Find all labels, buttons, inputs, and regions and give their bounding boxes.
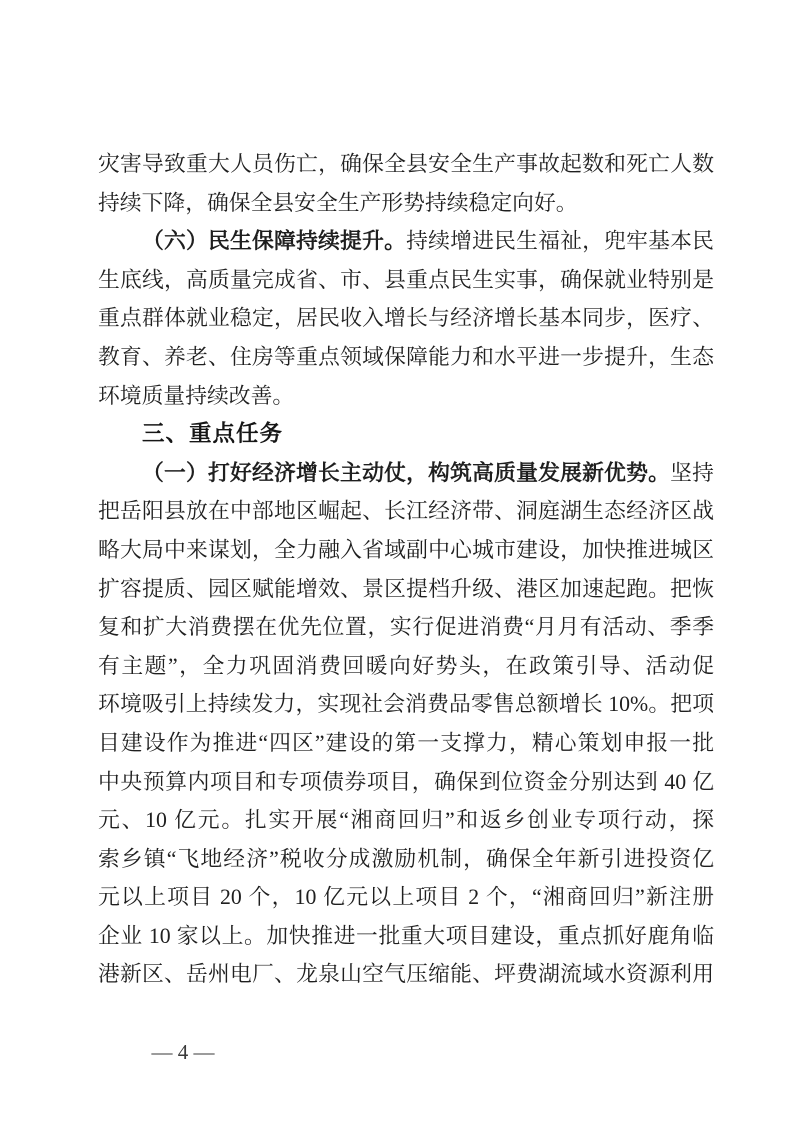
text-line: 教育、养老、住房等重点领域保障能力和水平进一步提升，生态 [98, 338, 714, 377]
text-segment: 有主题”，全力巩固消费回暖向好势头，在政策引导、活动促进、 [98, 654, 714, 686]
text-segment: 目建设作为推进“四区”建设的第一支撑力，精心策划申报一批 [98, 731, 714, 755]
section-heading: 三、重点任务 [98, 415, 714, 454]
text-segment: （六）民生保障持续提升。 [142, 229, 406, 253]
text-segment: 坚持 [670, 461, 714, 485]
text-line: 元以上项目 20 个，10 亿元以上项目 2 个，“湘商回归”新注册 [98, 878, 714, 917]
text-line: 重点群体就业稳定，居民收入增长与经济增长基本同步，医疗、 [98, 299, 714, 338]
text-segment: 重点群体就业稳定，居民收入增长与经济增长基本同步，医疗、 [98, 306, 714, 330]
text-line: 企业 10 家以上。加快推进一批重大项目建设，重点抓好鹿角临 [98, 917, 714, 956]
text-line: （六）民生保障持续提升。持续增进民生福祉，兜牢基本民 [98, 222, 714, 261]
text-segment: 复和扩大消费摆在优先位置，实行促进消费“月月有活动、季季 [98, 615, 714, 639]
document-page: 灾害导致重大人员伤亡，确保全县安全生产事故起数和死亡人数持续下降，确保全县安全生… [0, 0, 794, 1122]
text-line: 索乡镇“飞地经济”税收分成激励机制，确保全年新引进投资亿 [98, 840, 714, 879]
text-segment: 三、重点任务 [142, 421, 283, 446]
text-line: 环境吸引上持续发力，实现社会消费品零售总额增长 10%。把项 [98, 685, 714, 724]
text-segment: 环境吸引上持续发力，实现社会消费品零售总额增长 10%。把项 [98, 692, 714, 716]
text-segment: 索乡镇“飞地经济”税收分成激励机制，确保全年新引进投资亿 [98, 847, 714, 871]
text-line: 港新区、岳州电厂、龙泉山空气压缩能、坪费湖流域水资源利用 [98, 955, 714, 994]
text-segment: （一）打好经济增长主动仗，构筑高质量发展新优势。 [142, 461, 670, 485]
text-segment: 元以上项目 20 个，10 亿元以上项目 2 个，“湘商回归”新注册 [98, 885, 714, 909]
text-line: 目建设作为推进“四区”建设的第一支撑力，精心策划申报一批 [98, 724, 714, 763]
text-line: 有主题”，全力巩固消费回暖向好势头，在政策引导、活动促进、 [98, 647, 714, 686]
text-line: 复和扩大消费摆在优先位置，实行促进消费“月月有活动、季季 [98, 608, 714, 647]
text-segment: 把岳阳县放在中部地区崛起、长江经济带、洞庭湖生态经济区战 [98, 499, 714, 523]
text-segment: 企业 10 家以上。加快推进一批重大项目建设，重点抓好鹿角临 [98, 924, 714, 948]
text-segment: 灾害导致重大人员伤亡，确保全县安全生产事故起数和死亡人数 [98, 152, 714, 176]
text-segment: 持续下降，确保全县安全生产形势持续稳定向好。 [98, 191, 578, 215]
text-segment: 生底线，高质量完成省、市、县重点民生实事，确保就业特别是 [98, 268, 714, 292]
text-segment: 扩容提质、园区赋能增效、景区提档升级、港区加速起跑。把恢 [98, 577, 714, 601]
text-line: 略大局中来谋划，全力融入省域副中心城市建设，加快推进城区 [98, 531, 714, 570]
text-segment: 港新区、岳州电厂、龙泉山空气压缩能、坪费湖流域水资源利用 [98, 962, 714, 986]
page-number: — 4 — [146, 1040, 220, 1065]
text-segment: 元、10 亿元。扎实开展“湘商回归”和返乡创业专项行动，探 [98, 808, 714, 832]
text-segment: 环境质量持续改善。 [98, 384, 294, 408]
text-line: 生底线，高质量完成省、市、县重点民生实事，确保就业特别是 [98, 261, 714, 300]
text-line: 环境质量持续改善。 [98, 377, 714, 416]
text-line: 灾害导致重大人员伤亡，确保全县安全生产事故起数和死亡人数 [98, 145, 714, 184]
text-line: 把岳阳县放在中部地区崛起、长江经济带、洞庭湖生态经济区战 [98, 492, 714, 531]
text-segment: 中央预算内项目和专项债券项目，确保到位资金分别达到 40 亿 [98, 770, 714, 794]
text-line: 中央预算内项目和专项债券项目，确保到位资金分别达到 40 亿 [98, 763, 714, 802]
document-text: 灾害导致重大人员伤亡，确保全县安全生产事故起数和死亡人数持续下降，确保全县安全生… [98, 145, 714, 994]
text-line: 扩容提质、园区赋能增效、景区提档升级、港区加速起跑。把恢 [98, 570, 714, 609]
text-line: 持续下降，确保全县安全生产形势持续稳定向好。 [98, 184, 714, 223]
text-segment: 教育、养老、住房等重点领域保障能力和水平进一步提升，生态 [98, 345, 714, 369]
text-segment: 持续增进民生福祉，兜牢基本民 [406, 229, 714, 253]
text-segment: 略大局中来谋划，全力融入省域副中心城市建设，加快推进城区 [98, 538, 714, 562]
text-line: （一）打好经济增长主动仗，构筑高质量发展新优势。坚持 [98, 454, 714, 493]
text-line: 元、10 亿元。扎实开展“湘商回归”和返乡创业专项行动，探 [98, 801, 714, 840]
